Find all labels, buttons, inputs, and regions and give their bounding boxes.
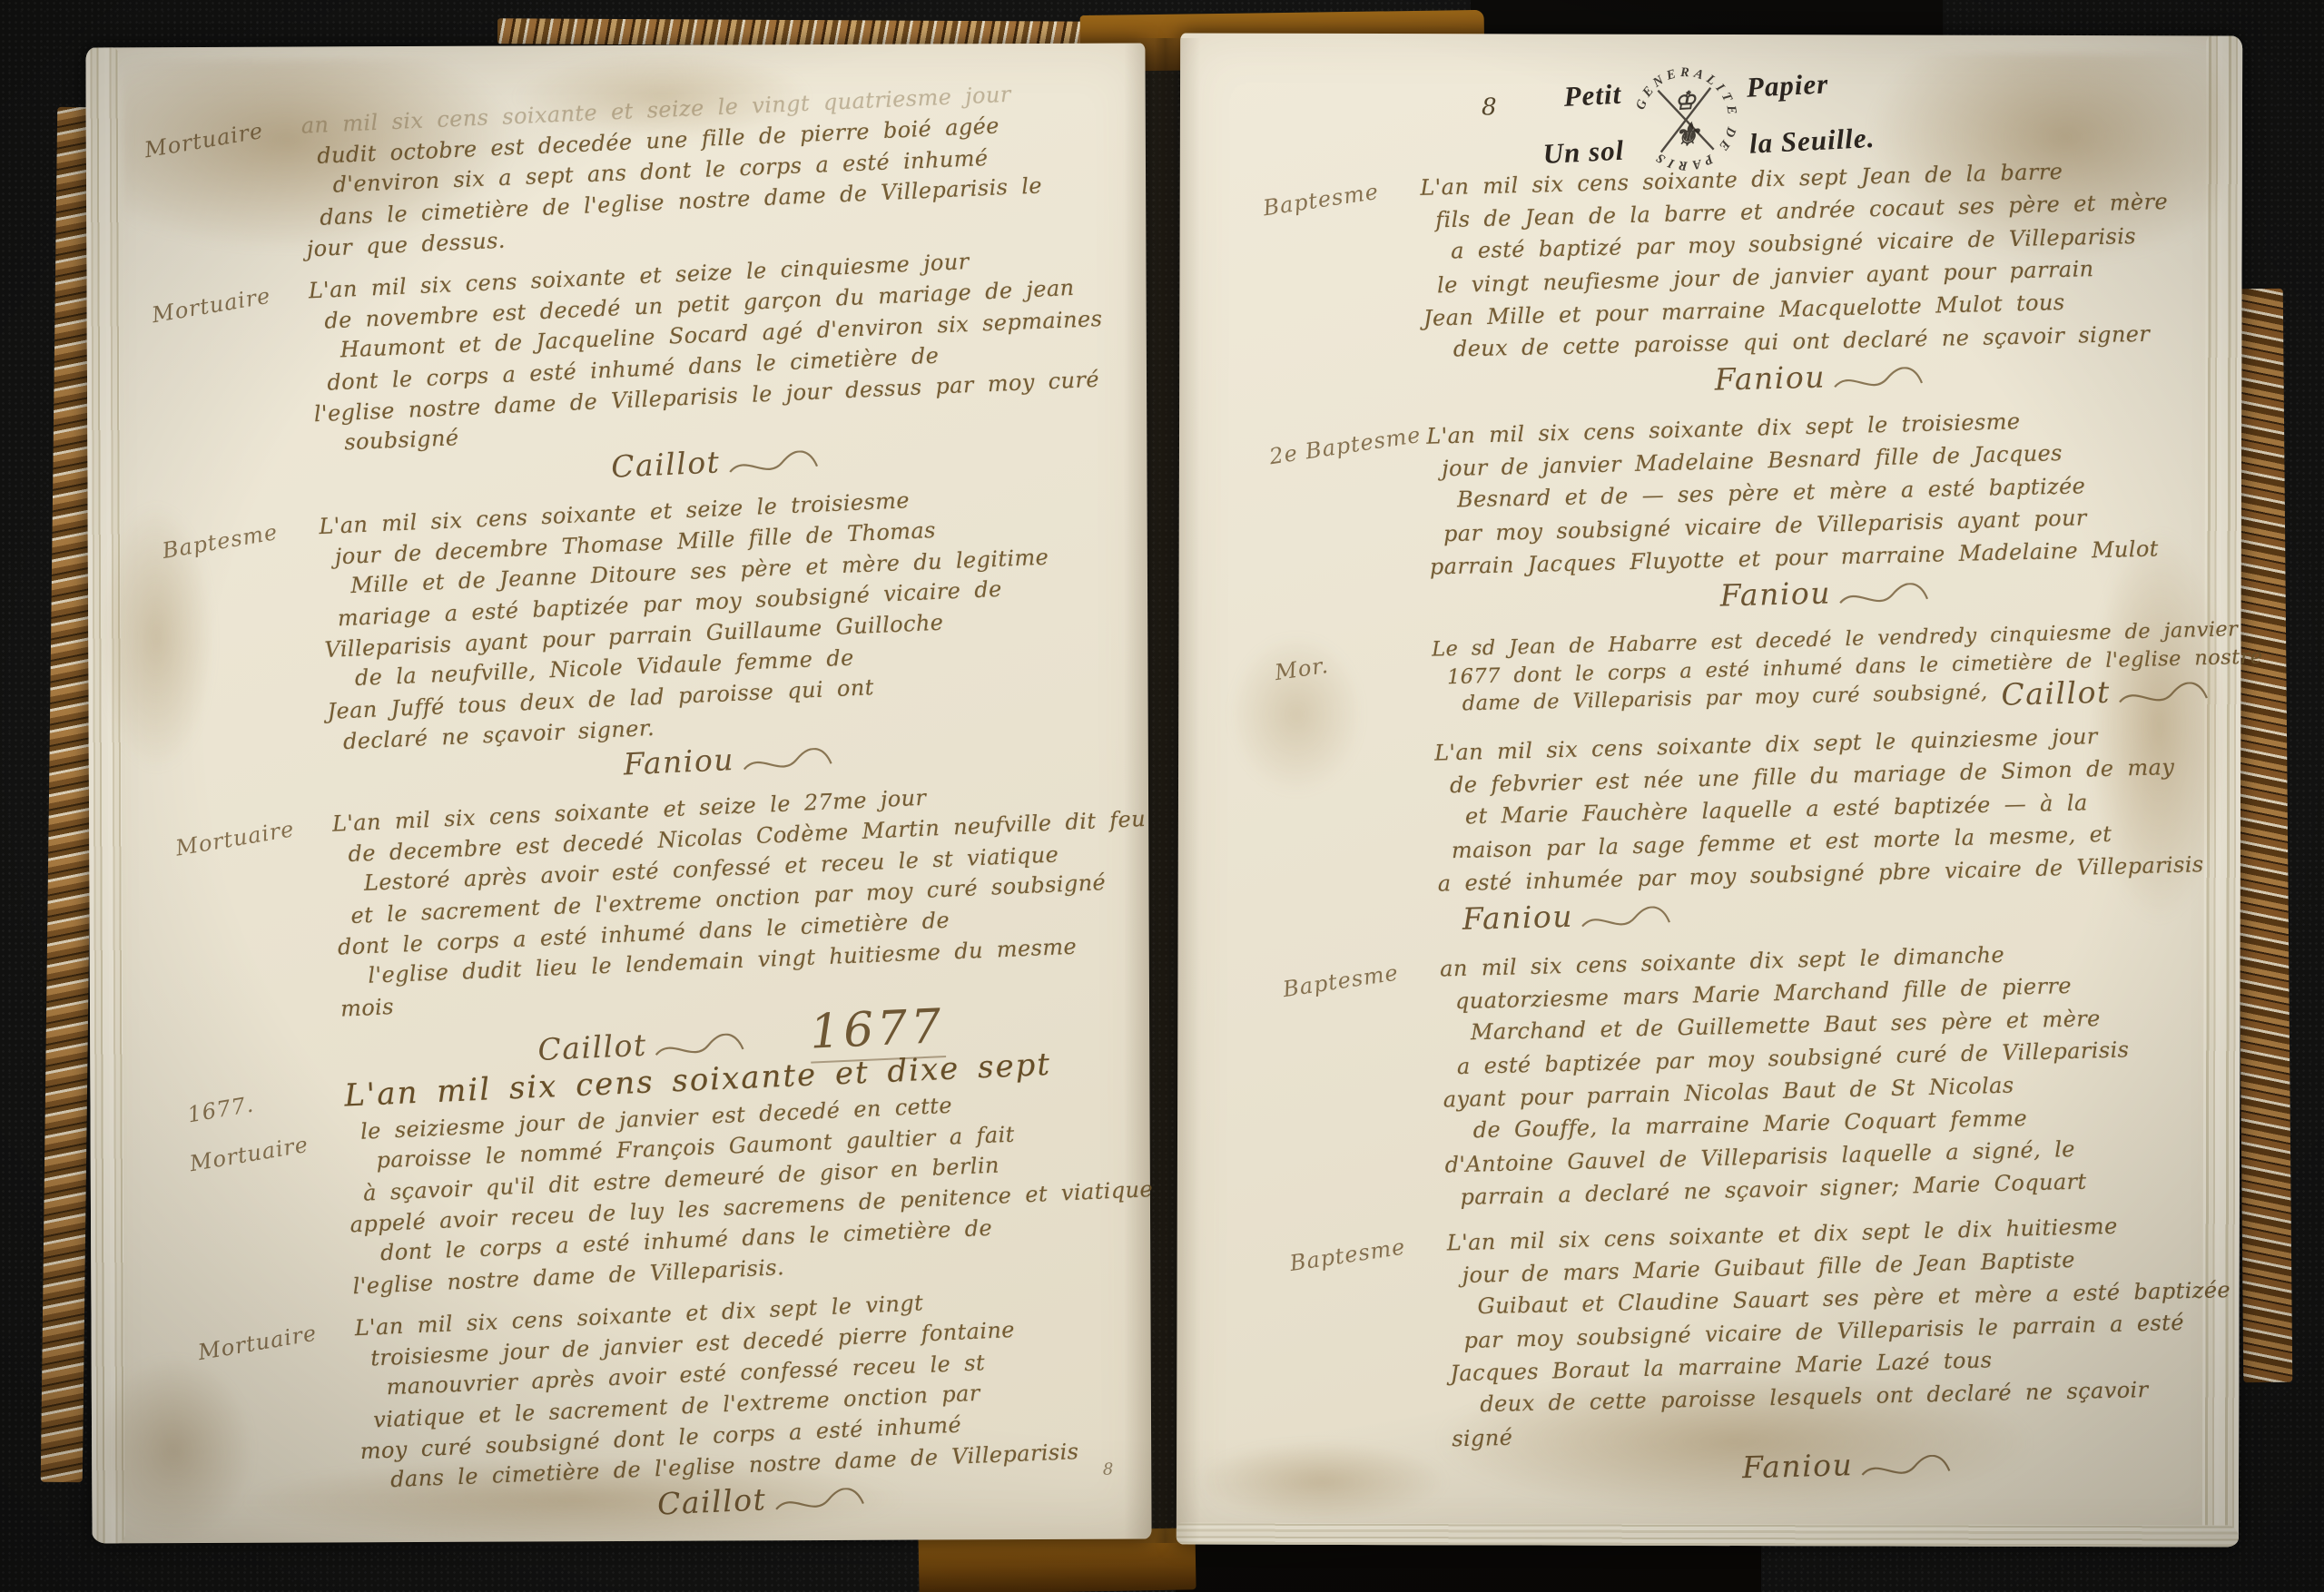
signature-paraph — [1831, 366, 1926, 398]
entry-text: L'an mil six cens soixante dix sept le t… — [1426, 400, 2221, 624]
right-page-text: BaptesmeL'an mil six cens soixante dix s… — [1258, 152, 2243, 1512]
svg-text:⚜: ⚜ — [1671, 118, 1701, 152]
entry-text: Le sd Jean de Habarre est decedé le vend… — [1432, 616, 2223, 724]
left-page: Mortuairean mil six cens soixante et sei… — [85, 43, 1151, 1543]
signature: Faniou — [1714, 359, 1826, 398]
margin-annotation: 2e Baptesme — [1267, 422, 1423, 470]
signature-paraph — [772, 1487, 867, 1520]
entry-text: an mil six cens soixante dix sept le dim… — [1440, 933, 2236, 1214]
signature: Faniou — [1719, 575, 1831, 614]
signature-paraph — [739, 747, 834, 781]
signature: Faniou — [623, 742, 735, 781]
margin-annotation: Mortuaire — [173, 811, 330, 861]
stamp-word-un-sol: Un sol — [1542, 134, 1625, 171]
entry-text: L'an mil six cens soixante et seize le c… — [308, 240, 1115, 500]
register-entry: MortuaireL'an mil six cens soixante et s… — [146, 240, 1115, 507]
margin-annotation: 1677. — [185, 1077, 341, 1128]
register-entry: 2e BaptesmeL'an mil six cens soixante di… — [1265, 400, 2221, 627]
signature-paraph — [1837, 582, 1932, 614]
page-stack-edge-bottom — [1177, 1522, 2239, 1547]
photograph-of-open-register: Mortuairean mil six cens soixante et sei… — [0, 0, 2324, 1592]
margin-annotation: Mortuaire — [188, 1126, 344, 1177]
margin-annotation: Mortuaire — [150, 277, 306, 328]
register-entry: Mor.Le sd Jean de Habarre est decedé le … — [1270, 616, 2223, 728]
gutter-shadow — [1124, 38, 1200, 1543]
register-entry: L'an mil six cens soixante dix sept le q… — [1273, 717, 2229, 944]
page-stack-edge-left — [85, 47, 124, 1543]
register-entry: Mortuairean mil six cens soixante et sei… — [139, 74, 1105, 271]
signature: Caillot — [656, 1481, 767, 1521]
left-page-corner-number: 8 — [1103, 1460, 1114, 1479]
signature-paraph — [1579, 906, 1674, 938]
register-entry: MortuaireL'an mil six cens soixante et s… — [170, 773, 1139, 1072]
right-marbled-cover-edge — [2234, 289, 2293, 1382]
margin-annotation: Mortuaire — [196, 1314, 352, 1365]
signature: Faniou — [1462, 899, 1573, 937]
stamp-word-papier: Papier — [1746, 65, 1873, 104]
register-entry: MortuaireL'an mil six cens soixante et d… — [192, 1277, 1161, 1545]
entry-text: L'an mil six cens soixante et seize le t… — [319, 476, 1128, 798]
entry-text: an mil six cens soixante et seize le vin… — [300, 74, 1105, 264]
signature: Caillot — [537, 1027, 648, 1067]
margin-annotation: Baptesme — [1281, 954, 1437, 1002]
signature-paraph — [725, 449, 821, 483]
tax-stamp-header: Petit GENERALITE DE PARIS ♔ ⚜ Papier — [1539, 54, 1876, 182]
register-entry: BaptesmeL'an mil six cens soixante et di… — [1285, 1206, 2242, 1499]
margin-annotation: Baptesme — [161, 513, 317, 564]
signature: Faniou — [1742, 1447, 1854, 1485]
margin-annotation: Mor. — [1273, 638, 1429, 686]
register-entry: Baptesmean mil six cens soixante dix sep… — [1278, 933, 2236, 1218]
entry-text: L'an mil six cens soixante et dixe septl… — [343, 1039, 1150, 1302]
margin-annotation: Mortuaire — [143, 113, 299, 163]
right-page-number: 8 — [1482, 93, 1497, 121]
stamp-word-petit: Petit — [1563, 78, 1622, 113]
margin-annotation: Baptesme — [1261, 173, 1417, 221]
generalite-de-paris-stamp-icon: GENERALITE DE PARIS ♔ ⚜ — [1625, 59, 1745, 179]
stamp-word-la-feuille: la Seuille. — [1748, 122, 1876, 161]
entry-text: L'an mil six cens soixante dix sept le q… — [1434, 717, 2229, 940]
signature: Caillot — [610, 444, 721, 484]
margin-annotation: Baptesme — [1288, 1228, 1444, 1276]
entry-text: L'an mil six cens soixante et dix sept l… — [354, 1277, 1161, 1538]
left-page-text: Mortuairean mil six cens soixante et sei… — [139, 74, 1162, 1555]
register-entry: 1677.MortuaireL'an mil six cens soixante… — [182, 1039, 1151, 1309]
signature-paraph — [1858, 1454, 1954, 1486]
entry-text: L'an mil six cens soixante dix sept Jean… — [1420, 152, 2215, 408]
entry-text: L'an mil six cens soixante et dix sept l… — [1446, 1206, 2242, 1495]
entry-text: L'an mil six cens soixante et seize le 2… — [331, 773, 1140, 1065]
register-entry: BaptesmeL'an mil six cens soixante dix s… — [1258, 152, 2215, 411]
top-marbled-edge — [497, 18, 1097, 46]
register-entry: BaptesmeL'an mil six cens soixante et se… — [157, 476, 1128, 805]
right-page: 8 Petit GENERALITE DE PARIS ♔ ⚜ — [1177, 33, 2242, 1547]
